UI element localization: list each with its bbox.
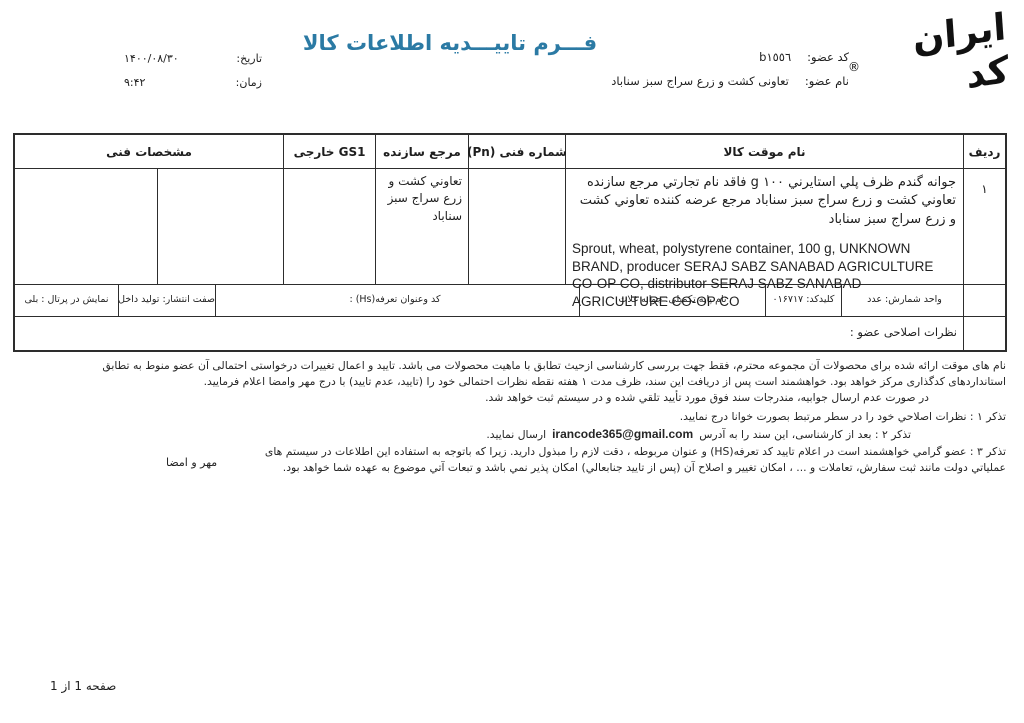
- remark-2-suffix: ارسال نمایید.: [486, 428, 546, 441]
- member-name-value: تعاونی کشت و زرع سراج سبز سناباد: [611, 74, 789, 88]
- portal-display-label: نمایش در پرتال :: [41, 294, 108, 305]
- stamp-signature-label: مهر و امضا: [166, 456, 217, 469]
- member-code-value: b١٥٥٦: [759, 50, 791, 64]
- time-label: زمان:: [236, 76, 262, 89]
- time-row: زمان: ۹:۴۲: [124, 76, 262, 89]
- date-row: تاریخ: ۱۴۰۰/۰۸/۳۰: [124, 52, 262, 65]
- form-page: { "header": { "logo": { "text": "ایران ک…: [0, 0, 1024, 723]
- product-name-cell: جوانه گندم ظرف پلي استايرني ۱۰۰ g فاقد ن…: [565, 169, 963, 284]
- publish-attr-cell: صفت انتشار: تولید داخل: [118, 285, 215, 316]
- publish-attr-label: صفت انتشار:: [162, 294, 215, 305]
- notes-radif-empty: [963, 317, 1005, 350]
- irancode-logo: ایران کد ®: [848, 16, 1008, 100]
- time-value: ۹:۴۲: [124, 76, 145, 89]
- meta-radif-empty: [963, 285, 1005, 316]
- footnote-line: استانداردهای کدگذاری مرکز خواهد بود. خوا…: [18, 374, 1006, 390]
- form-title: فـــرم تاییـــدیه اطلاعات کالا: [300, 31, 600, 55]
- key-code-cell: کلیدکد: ۰۱۶۷۱۷: [765, 285, 841, 316]
- portal-display-value: بلی: [25, 294, 39, 305]
- date-label: تاریخ:: [236, 52, 262, 65]
- specs-cell-empty-1: [157, 169, 283, 284]
- gs1-cell-empty: [283, 169, 375, 284]
- table-header-row: ردیف نام موقت کالا شماره فنی (Pn) مرجع س…: [15, 135, 1005, 169]
- pn-cell-empty: [468, 169, 565, 284]
- base-name-cell: نام پایه تکمیلی: جوانه غلات: [579, 285, 765, 316]
- key-code-value: ۰۱۶۷۱۷: [773, 294, 804, 305]
- registered-trademark-icon: ®: [848, 60, 860, 74]
- col-header-product-name: نام موقت کالا: [565, 135, 963, 168]
- product-name-fa: جوانه گندم ظرف پلي استايرني ۱۰۰ g فاقد ن…: [572, 174, 956, 229]
- col-header-gs1: GS1 خارجی: [283, 135, 375, 168]
- product-info-table: ردیف نام موقت کالا شماره فنی (Pn) مرجع س…: [13, 133, 1007, 352]
- table-meta-row: واحد شمارش: عدد کلیدکد: ۰۱۶۷۱۷ نام پایه …: [15, 285, 1005, 317]
- table-row: ۱ جوانه گندم ظرف پلي استايرني ۱۰۰ g فاقد…: [15, 169, 1005, 285]
- key-code-label: کلیدکد:: [806, 294, 834, 305]
- irancode-logo-text: ایران کد: [862, 5, 1011, 111]
- member-notes-row: نظرات اصلاحی عضو :: [15, 317, 1005, 350]
- page-number: صفحه 1 از 1: [50, 679, 116, 693]
- footnote-line: در صورت عدم ارسال جوابیه، مندرجات سند فو…: [18, 390, 929, 406]
- col-header-maker-ref: مرجع سازنده: [375, 135, 468, 168]
- hs-tariff-cell: کد وعنوان تعرفه(Hs) :: [215, 285, 579, 316]
- base-name-label: نام پایه تکمیلی:: [665, 294, 726, 305]
- col-header-pn: شماره فنی (Pn): [468, 135, 565, 168]
- date-value: ۱۴۰۰/۰۸/۳۰: [124, 52, 179, 65]
- remark-1: تذکر ۱ : نظرات اصلاحي خود را در سطر مرتب…: [18, 409, 1006, 425]
- publish-attr-value: تولید داخل: [118, 294, 159, 305]
- maker-ref-cell: تعاوني کشت و زرع سراج سبز سناباد: [375, 169, 468, 284]
- row-index: ۱: [963, 169, 1005, 284]
- member-code-label: کد عضو:: [807, 50, 849, 64]
- member-name-row: نام عضو: تعاونی کشت و زرع سراج سبز سنابا…: [611, 74, 849, 88]
- count-unit-value: عدد: [867, 294, 882, 305]
- count-unit-label: واحد شمارش:: [885, 294, 942, 305]
- footnote-line: نام های موقت ارائه شده برای محصولات آن م…: [18, 358, 1006, 374]
- member-code-row: کد عضو: b١٥٥٦: [759, 50, 849, 64]
- remark-2: تذکر ۲ : بعد از کارشناسی، این سند را به …: [18, 426, 911, 443]
- portal-display-cell: نمایش در پرتال : بلی: [15, 285, 118, 316]
- base-name-value: جوانه غلات: [618, 294, 662, 305]
- email-address: irancode365@gmail.com: [552, 427, 693, 441]
- member-name-label: نام عضو:: [805, 74, 849, 88]
- count-unit-cell: واحد شمارش: عدد: [841, 285, 963, 316]
- remark-2-prefix: تذکر ۲ : بعد از کارشناسی، این سند را به …: [699, 428, 911, 441]
- hs-tariff-label: کد وعنوان تعرفه(Hs) :: [349, 294, 440, 305]
- col-header-radif: ردیف: [963, 135, 1005, 168]
- col-header-specs: مشخصات فنی: [15, 135, 283, 168]
- specs-cell-empty-2: [15, 169, 157, 284]
- member-notes-label: نظرات اصلاحی عضو :: [15, 317, 963, 350]
